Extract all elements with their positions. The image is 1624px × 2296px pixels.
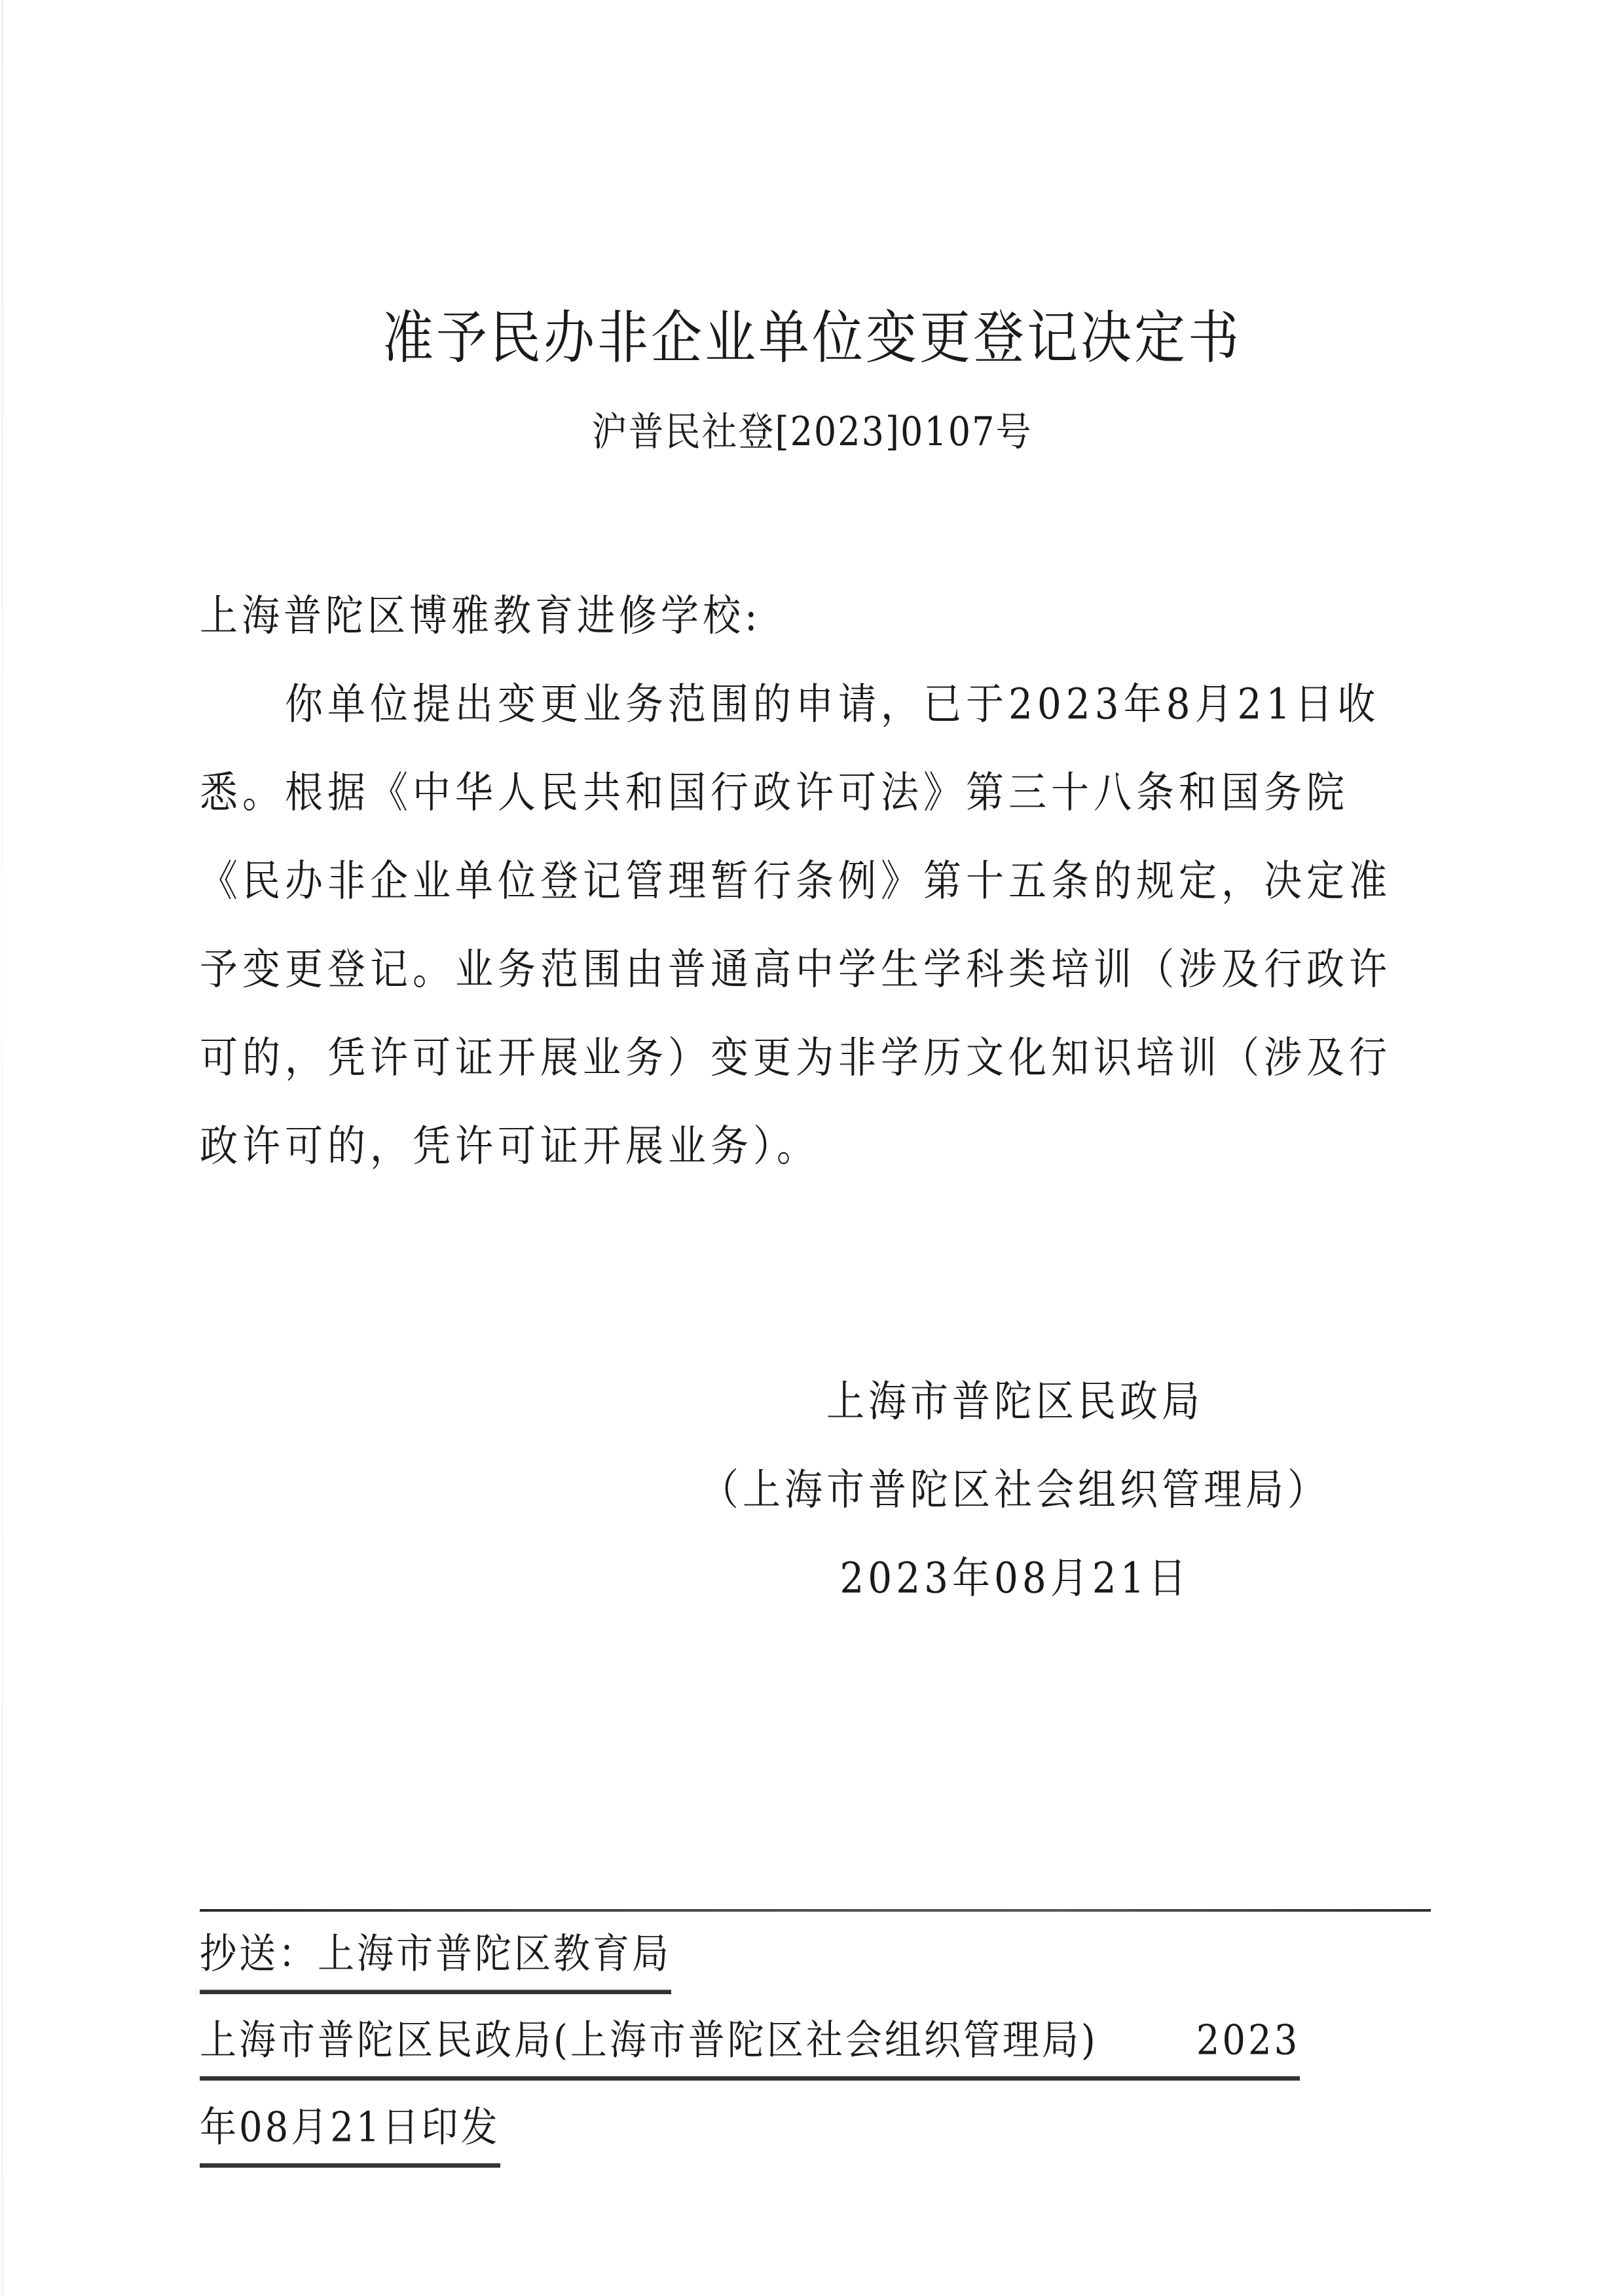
body-line: 《民办非企业单位登记管理暂行条例》第十五条的规定，决定准: [200, 848, 1392, 914]
footer-divider: [200, 1909, 1431, 1912]
document-number: 沪普民社登[2023]0107号: [0, 403, 1624, 462]
cc-recipients: 抄送：上海市普陀区教育局: [200, 1923, 671, 1994]
body-line: 予变更登记。业务范围由普通高中学生学科类培训（涉及行政许: [200, 936, 1392, 1002]
printed-by-org: 上海市普陀区民政局(上海市普陀区社会组织管理局): [200, 2017, 1098, 2065]
addressee: 上海普陀区博雅教育进修学校:: [200, 585, 762, 646]
document-page: 准予民办非企业单位变更登记决定书 沪普民社登[2023]0107号 上海普陀区博…: [0, 0, 1624, 2296]
signature-date: 2023年08月21日: [655, 1545, 1375, 1611]
body-line: 政许可的，凭许可证开展业务）。: [200, 1113, 819, 1179]
document-title: 准予民办非企业单位变更登记决定书: [0, 298, 1624, 378]
body-line: 你单位提出变更业务范围的申请，已于2023年8月21日收: [285, 671, 1380, 737]
printed-date: 年08月21日印发: [200, 2097, 500, 2168]
printed-year: 2023: [1196, 2017, 1301, 2065]
body-line: 可的，凭许可证开展业务）变更为非学历文化知识培训（涉及行: [200, 1025, 1392, 1091]
body-line: 悉。根据《中华人民共和国行政许可法》第三十八条和国务院: [200, 759, 1349, 826]
signature-issuer-alt: （上海市普陀区社会组织管理局）: [655, 1457, 1375, 1523]
signature-issuer: 上海市普陀区民政局: [655, 1368, 1375, 1434]
printed-by: 上海市普陀区民政局(上海市普陀区社会组织管理局)2023: [200, 2010, 1300, 2081]
